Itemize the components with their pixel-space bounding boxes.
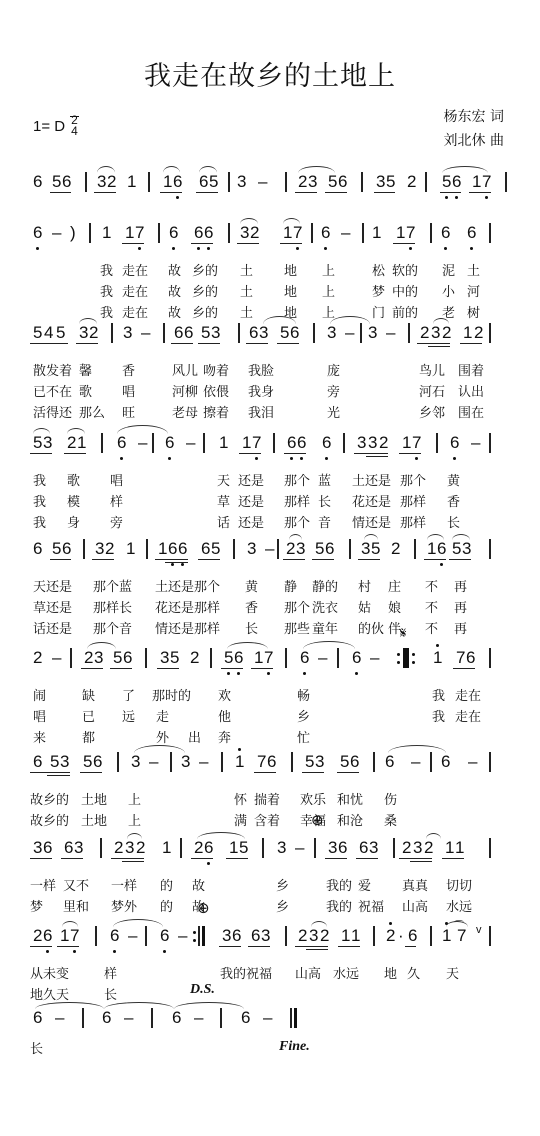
time-signature: 2 4 <box>71 115 78 137</box>
lyric: 不 <box>425 576 438 595</box>
lyric: 一样 <box>30 875 56 894</box>
bar-line <box>489 433 491 453</box>
note: 2 <box>190 648 199 668</box>
lyric: 的伙 <box>358 618 384 637</box>
lyric: 情还是那样 <box>155 618 220 637</box>
lyric: 欢 <box>218 685 231 704</box>
lyric: 欢乐 <box>300 789 326 808</box>
lyric: 天 <box>217 470 230 489</box>
beam-line <box>442 858 464 859</box>
lyric: 缺 <box>82 685 95 704</box>
beam-line <box>399 453 421 454</box>
note: 3 <box>60 752 69 772</box>
beam-line <box>47 775 70 776</box>
lyric: 树 <box>467 302 480 321</box>
note: 6 <box>338 838 347 858</box>
lyric: 香 <box>122 360 135 379</box>
beam-line <box>280 243 302 244</box>
note: 2 <box>402 838 411 858</box>
dash: – <box>258 172 267 192</box>
lyric: 我脸 <box>248 360 274 379</box>
beam-line <box>424 559 446 560</box>
bar-line <box>83 539 85 559</box>
lyric: 姑 <box>358 597 371 616</box>
note: 2 <box>420 323 429 343</box>
note: 3 <box>125 838 134 858</box>
lyric: 馨 <box>79 360 92 379</box>
low-octave-dot <box>303 672 306 675</box>
bar-line <box>285 926 287 946</box>
note: 6 <box>322 433 331 453</box>
lyric: 长 <box>104 984 117 1003</box>
bar-line <box>148 172 150 192</box>
bar-line <box>145 648 147 668</box>
lyric: 土 <box>240 260 253 279</box>
note: 2 <box>33 926 42 946</box>
dash: – <box>341 223 350 243</box>
beam-line <box>221 668 243 669</box>
slur <box>197 832 245 839</box>
low-octave-dot <box>485 196 488 199</box>
low-octave-dot <box>73 950 76 953</box>
low-octave-dot <box>409 247 412 250</box>
note: 1 <box>433 648 442 668</box>
lyric: 中的 <box>392 281 418 300</box>
dash: – <box>178 926 187 946</box>
bar-line <box>362 223 364 243</box>
lyric: 光 <box>327 402 340 421</box>
slur <box>452 534 470 540</box>
beam-line <box>338 946 360 947</box>
beam-line <box>417 343 450 344</box>
low-octave-dot <box>227 672 230 675</box>
beam-line <box>61 858 83 859</box>
lyric: 乡邻 <box>419 402 445 421</box>
lyric: 又不 <box>63 875 89 894</box>
note: 6 <box>201 539 210 559</box>
note: 5 <box>224 648 233 668</box>
key-signature: 1= D 2 4 <box>33 115 78 137</box>
note: 2 <box>194 838 203 858</box>
beam-line <box>325 858 347 859</box>
beam-line <box>171 343 193 344</box>
note: 2 <box>89 323 98 343</box>
beam-line <box>155 559 188 560</box>
beam-line <box>295 192 317 193</box>
slur <box>87 642 116 649</box>
lyric: 乡 <box>297 706 310 725</box>
lyric: 和沧 <box>337 810 363 829</box>
bar-line <box>361 172 363 192</box>
note: 5 <box>50 752 59 772</box>
lyric: 门 <box>372 302 385 321</box>
note: 6 <box>338 172 347 192</box>
lyric: 那个 <box>284 512 310 531</box>
bar-line <box>505 172 507 192</box>
note: 5 <box>386 172 395 192</box>
lyric: 我 <box>100 281 113 300</box>
lyric: 村 <box>358 576 371 595</box>
dash: – <box>471 433 480 453</box>
note: 5 <box>239 838 248 858</box>
bar-line <box>489 323 491 343</box>
slur <box>163 166 180 173</box>
lyric: 洗衣 <box>312 597 338 616</box>
lyric: 那个蓝 <box>93 576 132 595</box>
note: 5 <box>280 323 289 343</box>
bar-line <box>285 648 287 668</box>
lyric: 我 <box>100 260 113 279</box>
beam-line <box>110 668 132 669</box>
note: 5 <box>113 648 122 668</box>
lyric: 已不在 <box>33 381 72 400</box>
beam-line <box>198 343 220 344</box>
note: 2 <box>424 838 433 858</box>
bar-line <box>262 838 264 858</box>
lyric: 故 <box>168 281 181 300</box>
lyric: 天 <box>446 963 459 982</box>
bar-line <box>430 223 432 243</box>
lyric: 我泪 <box>248 402 274 421</box>
lyric: 围着 <box>458 360 484 379</box>
note: 2 <box>114 838 123 858</box>
lyric: 真真 <box>402 875 428 894</box>
note: 6 <box>110 926 119 946</box>
note: 5 <box>305 752 314 772</box>
fine-marking: Fine. <box>279 1039 310 1055</box>
dash: – <box>138 433 147 453</box>
beam-line <box>94 192 116 193</box>
repeat-end-barline <box>202 926 205 946</box>
lyric: 那样长 <box>93 597 132 616</box>
lyric: 乡的 <box>192 281 218 300</box>
note: 5 <box>442 172 451 192</box>
repeat-dot <box>397 661 400 664</box>
note: 3 <box>131 752 140 772</box>
note: 6 <box>43 838 52 858</box>
lyric: 我的 <box>326 896 352 915</box>
note: 6 <box>64 838 73 858</box>
bar-line <box>489 648 491 668</box>
beam-line <box>30 453 52 454</box>
slur <box>227 642 268 649</box>
slur <box>433 318 449 324</box>
dash: – <box>141 323 150 343</box>
bar-line <box>163 323 165 343</box>
low-octave-dot <box>267 672 270 675</box>
note: 3 <box>413 838 422 858</box>
note: 6 <box>43 926 52 946</box>
note: 2 <box>379 433 388 453</box>
note: 1 <box>351 926 360 946</box>
low-octave-dot <box>46 950 49 953</box>
bar-line <box>489 838 491 858</box>
lyric: 走 <box>156 706 169 725</box>
lyric: 上 <box>128 810 141 829</box>
final-barline <box>294 1008 297 1028</box>
low-octave-dot <box>207 247 210 250</box>
bar-line <box>203 433 205 453</box>
bar-line <box>414 539 416 559</box>
bar-line <box>360 323 362 343</box>
note: 3 <box>237 172 246 192</box>
lyric: 那样 <box>400 512 426 531</box>
lyric: 歌 <box>79 381 92 400</box>
low-octave-dot <box>300 457 303 460</box>
beam-line <box>248 946 270 947</box>
dash: – <box>55 1008 64 1028</box>
beam-line <box>254 772 276 773</box>
note: 6 <box>102 1008 111 1028</box>
slur <box>283 218 300 224</box>
beam-line <box>393 243 415 244</box>
note: 1 <box>402 433 411 453</box>
bar-line <box>337 648 339 668</box>
note: 3 <box>181 752 190 772</box>
note: 2 <box>250 223 259 243</box>
bar-line <box>430 926 432 946</box>
note: 1 <box>242 433 251 453</box>
note: 6 <box>437 539 446 559</box>
beam-line <box>165 562 188 563</box>
note: 3 <box>431 323 440 343</box>
note: 6 <box>204 223 213 243</box>
lyric: 歌 <box>67 470 80 489</box>
note: 4 <box>44 323 53 343</box>
lyric: 样 <box>104 963 117 982</box>
lyric: 上 <box>128 789 141 808</box>
lyric: 水远 <box>446 896 472 915</box>
lyric: 那些 <box>284 618 310 637</box>
note: 2 <box>474 323 483 343</box>
note: 6 <box>251 926 260 946</box>
lyric: 远 <box>122 706 135 725</box>
beam-line <box>226 858 248 859</box>
bar-line <box>228 223 230 243</box>
lyric: 黄 <box>447 470 460 489</box>
lyric: 不 <box>425 597 438 616</box>
slur <box>426 833 441 839</box>
lyric: 我 <box>432 685 445 704</box>
note: 3 <box>368 433 377 453</box>
composer-credit: 刘北休 曲 <box>444 130 504 150</box>
note: 6 <box>33 223 42 243</box>
lyric: 静 <box>284 576 297 595</box>
note: 6 <box>241 1008 250 1028</box>
slur <box>330 316 370 324</box>
lyric: 故乡的 <box>30 810 69 829</box>
note: 5 <box>170 648 179 668</box>
note: 6 <box>123 648 132 668</box>
note: 6 <box>33 752 42 772</box>
beam-line <box>239 453 261 454</box>
lyric: 香 <box>447 491 460 510</box>
note: 6 <box>290 323 299 343</box>
beam-line <box>399 858 432 859</box>
bar-line <box>291 752 293 772</box>
lyric: 我的祝福 <box>220 963 272 982</box>
lyric: 乡 <box>276 875 289 894</box>
note: 7 <box>412 433 421 453</box>
low-octave-dot <box>197 247 200 250</box>
bar-line <box>238 323 240 343</box>
dash: – <box>263 1008 272 1028</box>
bar-line <box>228 172 230 192</box>
low-octave-dot <box>324 247 327 250</box>
note: 5 <box>56 323 65 343</box>
lyric: 河柳 <box>172 381 198 400</box>
lyric: 散发着 <box>33 360 72 379</box>
note: 5 <box>340 752 349 772</box>
beam-line <box>196 192 218 193</box>
beam-line <box>80 772 102 773</box>
lyric: 香 <box>245 597 258 616</box>
low-octave-dot <box>113 950 116 953</box>
note: 7 <box>257 752 266 772</box>
note: 6 <box>33 1008 42 1028</box>
note: 2 <box>33 648 42 668</box>
bar-line <box>393 838 395 858</box>
lyric: 话 <box>217 512 230 531</box>
note: 2 <box>386 926 395 946</box>
lyric: 土还是 <box>352 470 391 489</box>
lyric: 土地 <box>81 810 107 829</box>
lyric: 都 <box>82 727 95 746</box>
bar-line <box>314 838 316 858</box>
slur <box>97 166 115 173</box>
note: 6 <box>321 223 330 243</box>
lyric: 软的 <box>392 260 418 279</box>
lyric: 外 <box>156 727 169 746</box>
note: 6 <box>467 223 476 243</box>
note: 3 <box>43 433 52 453</box>
note: 3 <box>94 648 103 668</box>
lyric: 那时的 <box>152 685 191 704</box>
lyric: 长 <box>245 618 258 637</box>
lyric: 前的 <box>392 302 418 321</box>
bar-line <box>145 926 147 946</box>
note: 5 <box>52 539 61 559</box>
note: 1 <box>445 838 454 858</box>
note: 2 <box>84 648 93 668</box>
beam-line <box>306 949 328 950</box>
beam-line <box>30 946 52 947</box>
lyric: 上 <box>322 260 335 279</box>
note: 3 <box>222 926 231 946</box>
note: 6 <box>117 433 126 453</box>
note: 6 <box>441 223 450 243</box>
bar-line <box>210 648 212 668</box>
bar-line <box>408 323 410 343</box>
bar-line <box>489 926 491 946</box>
lyric: 土 <box>467 260 480 279</box>
lyric: 乡 <box>276 896 289 915</box>
lyric: 乡的 <box>192 302 218 321</box>
note: 6 <box>165 433 174 453</box>
note: 1 <box>427 539 436 559</box>
lyric: 和忧 <box>337 789 363 808</box>
lyric: 小 <box>442 281 455 300</box>
lyric: 黄 <box>245 576 258 595</box>
beam-line <box>277 343 299 344</box>
lyric: 吻着 <box>203 360 229 379</box>
bar-line <box>290 1008 292 1028</box>
lyric: 出 <box>188 727 201 746</box>
note: 3 <box>376 172 385 192</box>
lyric: 揣着 <box>254 789 280 808</box>
lyric: 还是 <box>238 470 264 489</box>
lyric: 娘 <box>388 597 401 616</box>
note: ) <box>70 223 76 243</box>
lyric: 的 <box>160 875 173 894</box>
repeat-dot <box>193 931 196 934</box>
note: · <box>398 926 404 946</box>
note: 3 <box>368 323 377 343</box>
lyric: 话还是 <box>33 618 72 637</box>
note: 5 <box>33 323 42 343</box>
lyric: 已 <box>82 706 95 725</box>
beam-line <box>354 453 388 454</box>
note: 7 <box>252 433 261 453</box>
low-octave-dot <box>325 457 328 460</box>
lyric: 久 <box>407 963 420 982</box>
dash: – <box>295 838 304 858</box>
bar-line <box>373 926 375 946</box>
note: 3 <box>261 926 270 946</box>
low-octave-dot <box>168 457 171 460</box>
bar-line <box>180 838 182 858</box>
note: 7 <box>293 223 302 243</box>
note: 1 <box>163 172 172 192</box>
note: 6 <box>450 433 459 453</box>
lyric: 那么 <box>79 402 105 421</box>
note: 6 <box>350 752 359 772</box>
beam-line <box>366 456 388 457</box>
note: 6 <box>168 539 177 559</box>
lyric: 草还是 <box>33 597 72 616</box>
lyric: 梦 <box>372 281 385 300</box>
note: 6 <box>297 433 306 453</box>
bar-line <box>95 926 97 946</box>
dash: – <box>468 752 477 772</box>
lyric: 河 <box>467 281 480 300</box>
note: 3 <box>79 323 88 343</box>
beam-line <box>160 192 182 193</box>
lyric: 地久天 <box>30 984 69 1003</box>
bar-line <box>152 433 154 453</box>
lyric: 再 <box>454 576 467 595</box>
note: 6 <box>199 172 208 192</box>
note: 3 <box>74 838 83 858</box>
note: 5 <box>315 539 324 559</box>
note: 3 <box>123 323 132 343</box>
note: 6 <box>62 539 71 559</box>
note: 1 <box>341 926 350 946</box>
note: 6 <box>249 323 258 343</box>
lyric: 我 <box>33 512 46 531</box>
lyric: 旁 <box>110 512 123 531</box>
lyric: 模 <box>67 491 80 510</box>
dash: – <box>186 433 195 453</box>
note: 3 <box>327 323 336 343</box>
note: 6 <box>352 648 361 668</box>
lyric: 那个 <box>400 470 426 489</box>
bar-line <box>285 172 287 192</box>
low-octave-dot <box>415 457 418 460</box>
dash: – <box>149 752 158 772</box>
slur <box>79 318 97 324</box>
lyric: 我 <box>432 706 445 725</box>
